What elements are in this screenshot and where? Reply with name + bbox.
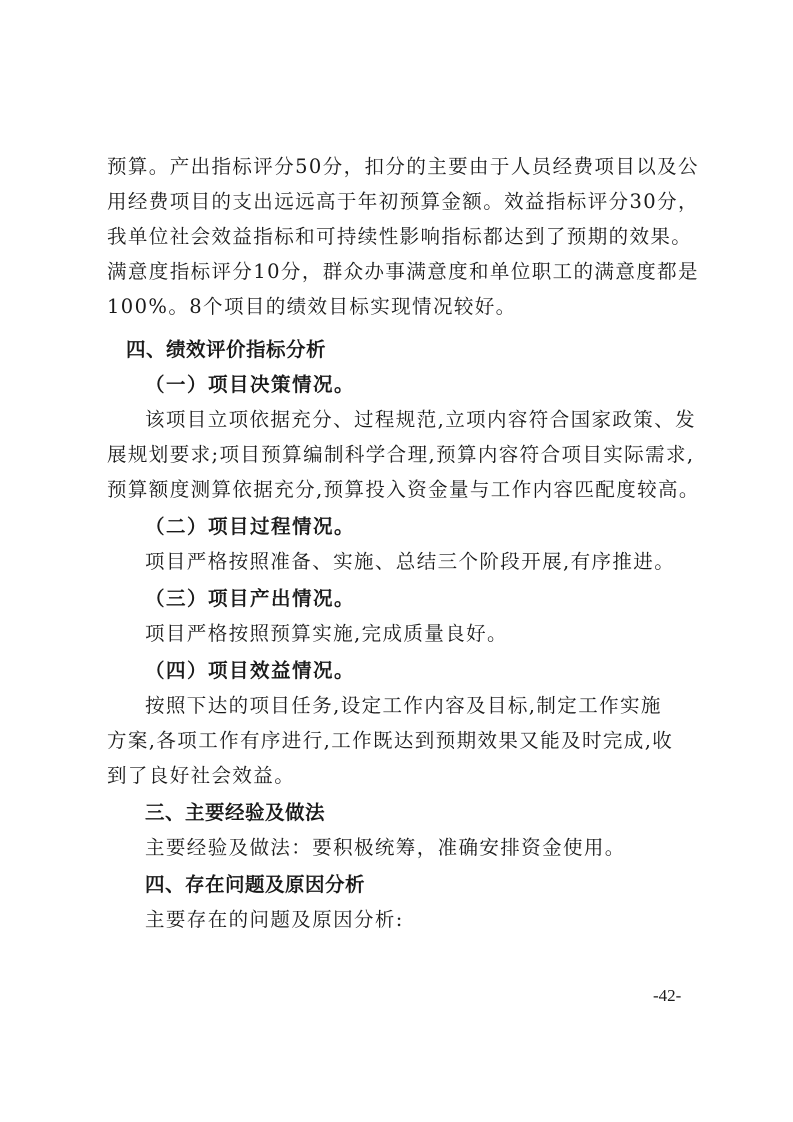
paragraph-line: 用经费项目的支出远远高于年初预算金额。效益指标评分30分， <box>107 190 687 214</box>
paragraph-line: 到了良好社会效益。 <box>107 764 687 788</box>
subsection-heading: （四）项目效益情况。 <box>145 659 725 683</box>
subsection-heading: （一）项目决策情况。 <box>145 373 725 397</box>
section-heading: 三、主要经验及做法 <box>145 801 725 825</box>
paragraph-line: 100%。8个项目的绩效目标实现情况较好。 <box>107 295 687 319</box>
paragraph-line: 方案,各项工作有序进行,工作既达到预期效果又能及时完成,收 <box>107 729 687 753</box>
paragraph-line: 主要经验及做法：要积极统筹，准确安排资金使用。 <box>145 836 725 860</box>
paragraph-line: 主要存在的问题及原因分析: <box>145 908 725 932</box>
subsection-heading: （三）项目产出情况。 <box>145 587 725 611</box>
subsection-heading: （二）项目过程情况。 <box>145 515 725 539</box>
section-heading: 四、存在问题及原因分析 <box>145 873 725 897</box>
paragraph-line: 项目严格按照预算实施,完成质量良好。 <box>145 622 725 646</box>
section-heading: 四、绩效评价指标分析 <box>126 338 706 362</box>
paragraph-line: 预算额度测算依据充分,预算投入资金量与工作内容匹配度较高。 <box>107 478 687 502</box>
paragraph-line: 展规划要求;项目预算编制科学合理,预算内容符合项目实际需求, <box>107 443 687 467</box>
paragraph-line: 按照下达的项目任务,设定工作内容及目标,制定工作实施 <box>145 694 725 718</box>
paragraph-line: 满意度指标评分10分，群众办事满意度和单位职工的满意度都是 <box>107 260 687 284</box>
paragraph-line: 项目严格按照准备、实施、总结三个阶段开展,有序推进。 <box>145 550 725 574</box>
page-number: -42- <box>653 986 681 1006</box>
paragraph-line: 该项目立项依据充分、过程规范,立项内容符合国家政策、发 <box>145 408 725 432</box>
paragraph-line: 预算。产出指标评分50分，扣分的主要由于人员经费项目以及公 <box>107 155 687 179</box>
paragraph-line: 我单位社会效益指标和可持续性影响指标都达到了预期的效果。 <box>107 225 687 249</box>
